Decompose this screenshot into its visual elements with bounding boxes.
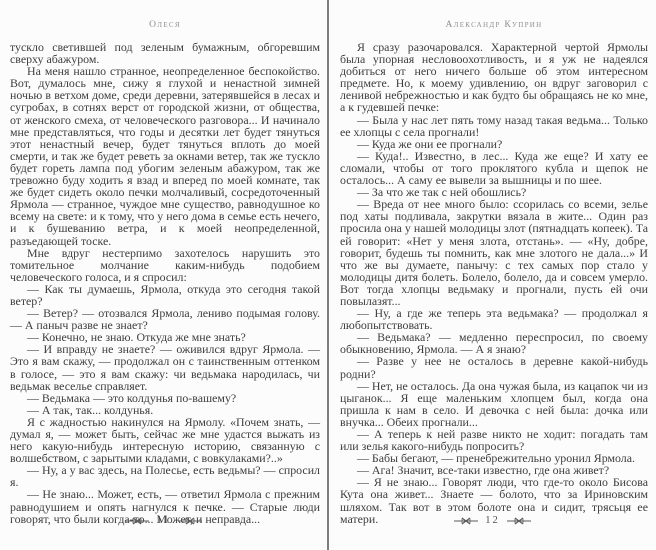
left-page: Олеся тускло светившей под зеленым бумаж… <box>0 0 327 550</box>
paragraph: — Ну, а у вас здесь, на Полесье, есть ве… <box>10 464 320 488</box>
left-page-number: 11 <box>156 515 170 526</box>
paragraph: — Ведьмака — это колдунья по-вашему? <box>10 392 320 404</box>
paragraph: Мне вдруг нестерпимо захотелось нарушить… <box>10 247 320 283</box>
book-spread: Олеся тускло светившей под зеленым бумаж… <box>0 0 656 550</box>
paragraph: — Нет, не осталось. Да она чужая была, и… <box>340 380 648 428</box>
right-page-footer: 12 <box>329 515 656 526</box>
paragraph: тускло светившей под зеленым бумажным, о… <box>10 41 320 65</box>
paragraph: — Ну, а где же теперь эта ведьмака? — пр… <box>340 307 648 331</box>
paragraph: Я сразу разочаровался. Характерной черто… <box>340 41 648 114</box>
paragraph: — Ведьмака? — медленно переспросил, по с… <box>340 331 648 355</box>
left-page-footer: 11 <box>0 515 327 526</box>
right-page: Александр Куприн Я сразу разочаровался. … <box>329 0 656 550</box>
paragraph: — Как ты думаешь, Ярмола, откуда это сег… <box>10 283 320 307</box>
paragraph: — Куда!.. Известно, в лес... Куда же еще… <box>340 150 648 186</box>
right-running-head: Александр Куприн <box>340 20 648 32</box>
footer-ornament-icon <box>454 517 478 525</box>
paragraph: — Вреда от нее много было: ссорилась со … <box>340 198 648 307</box>
paragraph: Я с жадностью накинулся на Ярмолу. «Поче… <box>10 416 320 464</box>
right-page-body: Я сразу разочаровался. Характерной черто… <box>340 41 648 525</box>
paragraph: На меня нашло странное, неопределенное б… <box>10 65 320 246</box>
paragraph: — И вправду не знаете? — оживился вдруг … <box>10 343 320 391</box>
paragraph: — Была у нас лет пять тому назад такая в… <box>340 114 648 138</box>
paragraph: — Ветер? — отозвался Ярмола, лениво поды… <box>10 307 320 331</box>
paragraph: — А теперь к ней разве никто не ходит: п… <box>340 428 648 452</box>
left-running-head: Олеся <box>10 20 320 32</box>
paragraph: — Разве у нее не осталось в деревне како… <box>340 355 648 379</box>
footer-ornament-icon <box>178 517 202 525</box>
footer-ornament-icon <box>507 517 531 525</box>
footer-ornament-icon <box>125 517 149 525</box>
right-page-number: 12 <box>485 515 500 526</box>
left-page-body: тускло светившей под зеленым бумажным, о… <box>10 41 320 525</box>
